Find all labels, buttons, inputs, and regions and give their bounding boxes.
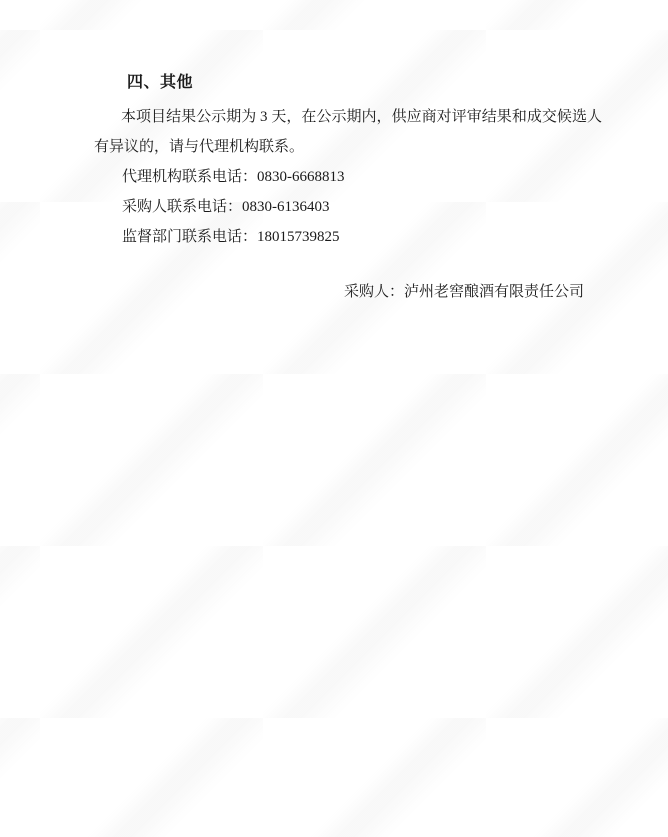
agency-phone-line: 代理机构联系电话：0830-6668813 [94,162,602,192]
document-content: 四、其他 本项目结果公示期为 3 天，在公示期内，供应商对评审结果和成交候选人有… [94,72,602,307]
supervision-phone-line: 监督部门联系电话：18015739825 [94,222,602,252]
notice-paragraph: 本项目结果公示期为 3 天，在公示期内，供应商对评审结果和成交候选人有异议的，请… [94,102,602,162]
purchaser-signature-line: 采购人：泸州老窖酿酒有限责任公司 [94,277,584,307]
section-heading: 四、其他 [94,72,602,94]
purchaser-phone-line: 采购人联系电话：0830-6136403 [94,192,602,222]
document-page: 四、其他 本项目结果公示期为 3 天，在公示期内，供应商对评审结果和成交候选人有… [0,0,668,837]
